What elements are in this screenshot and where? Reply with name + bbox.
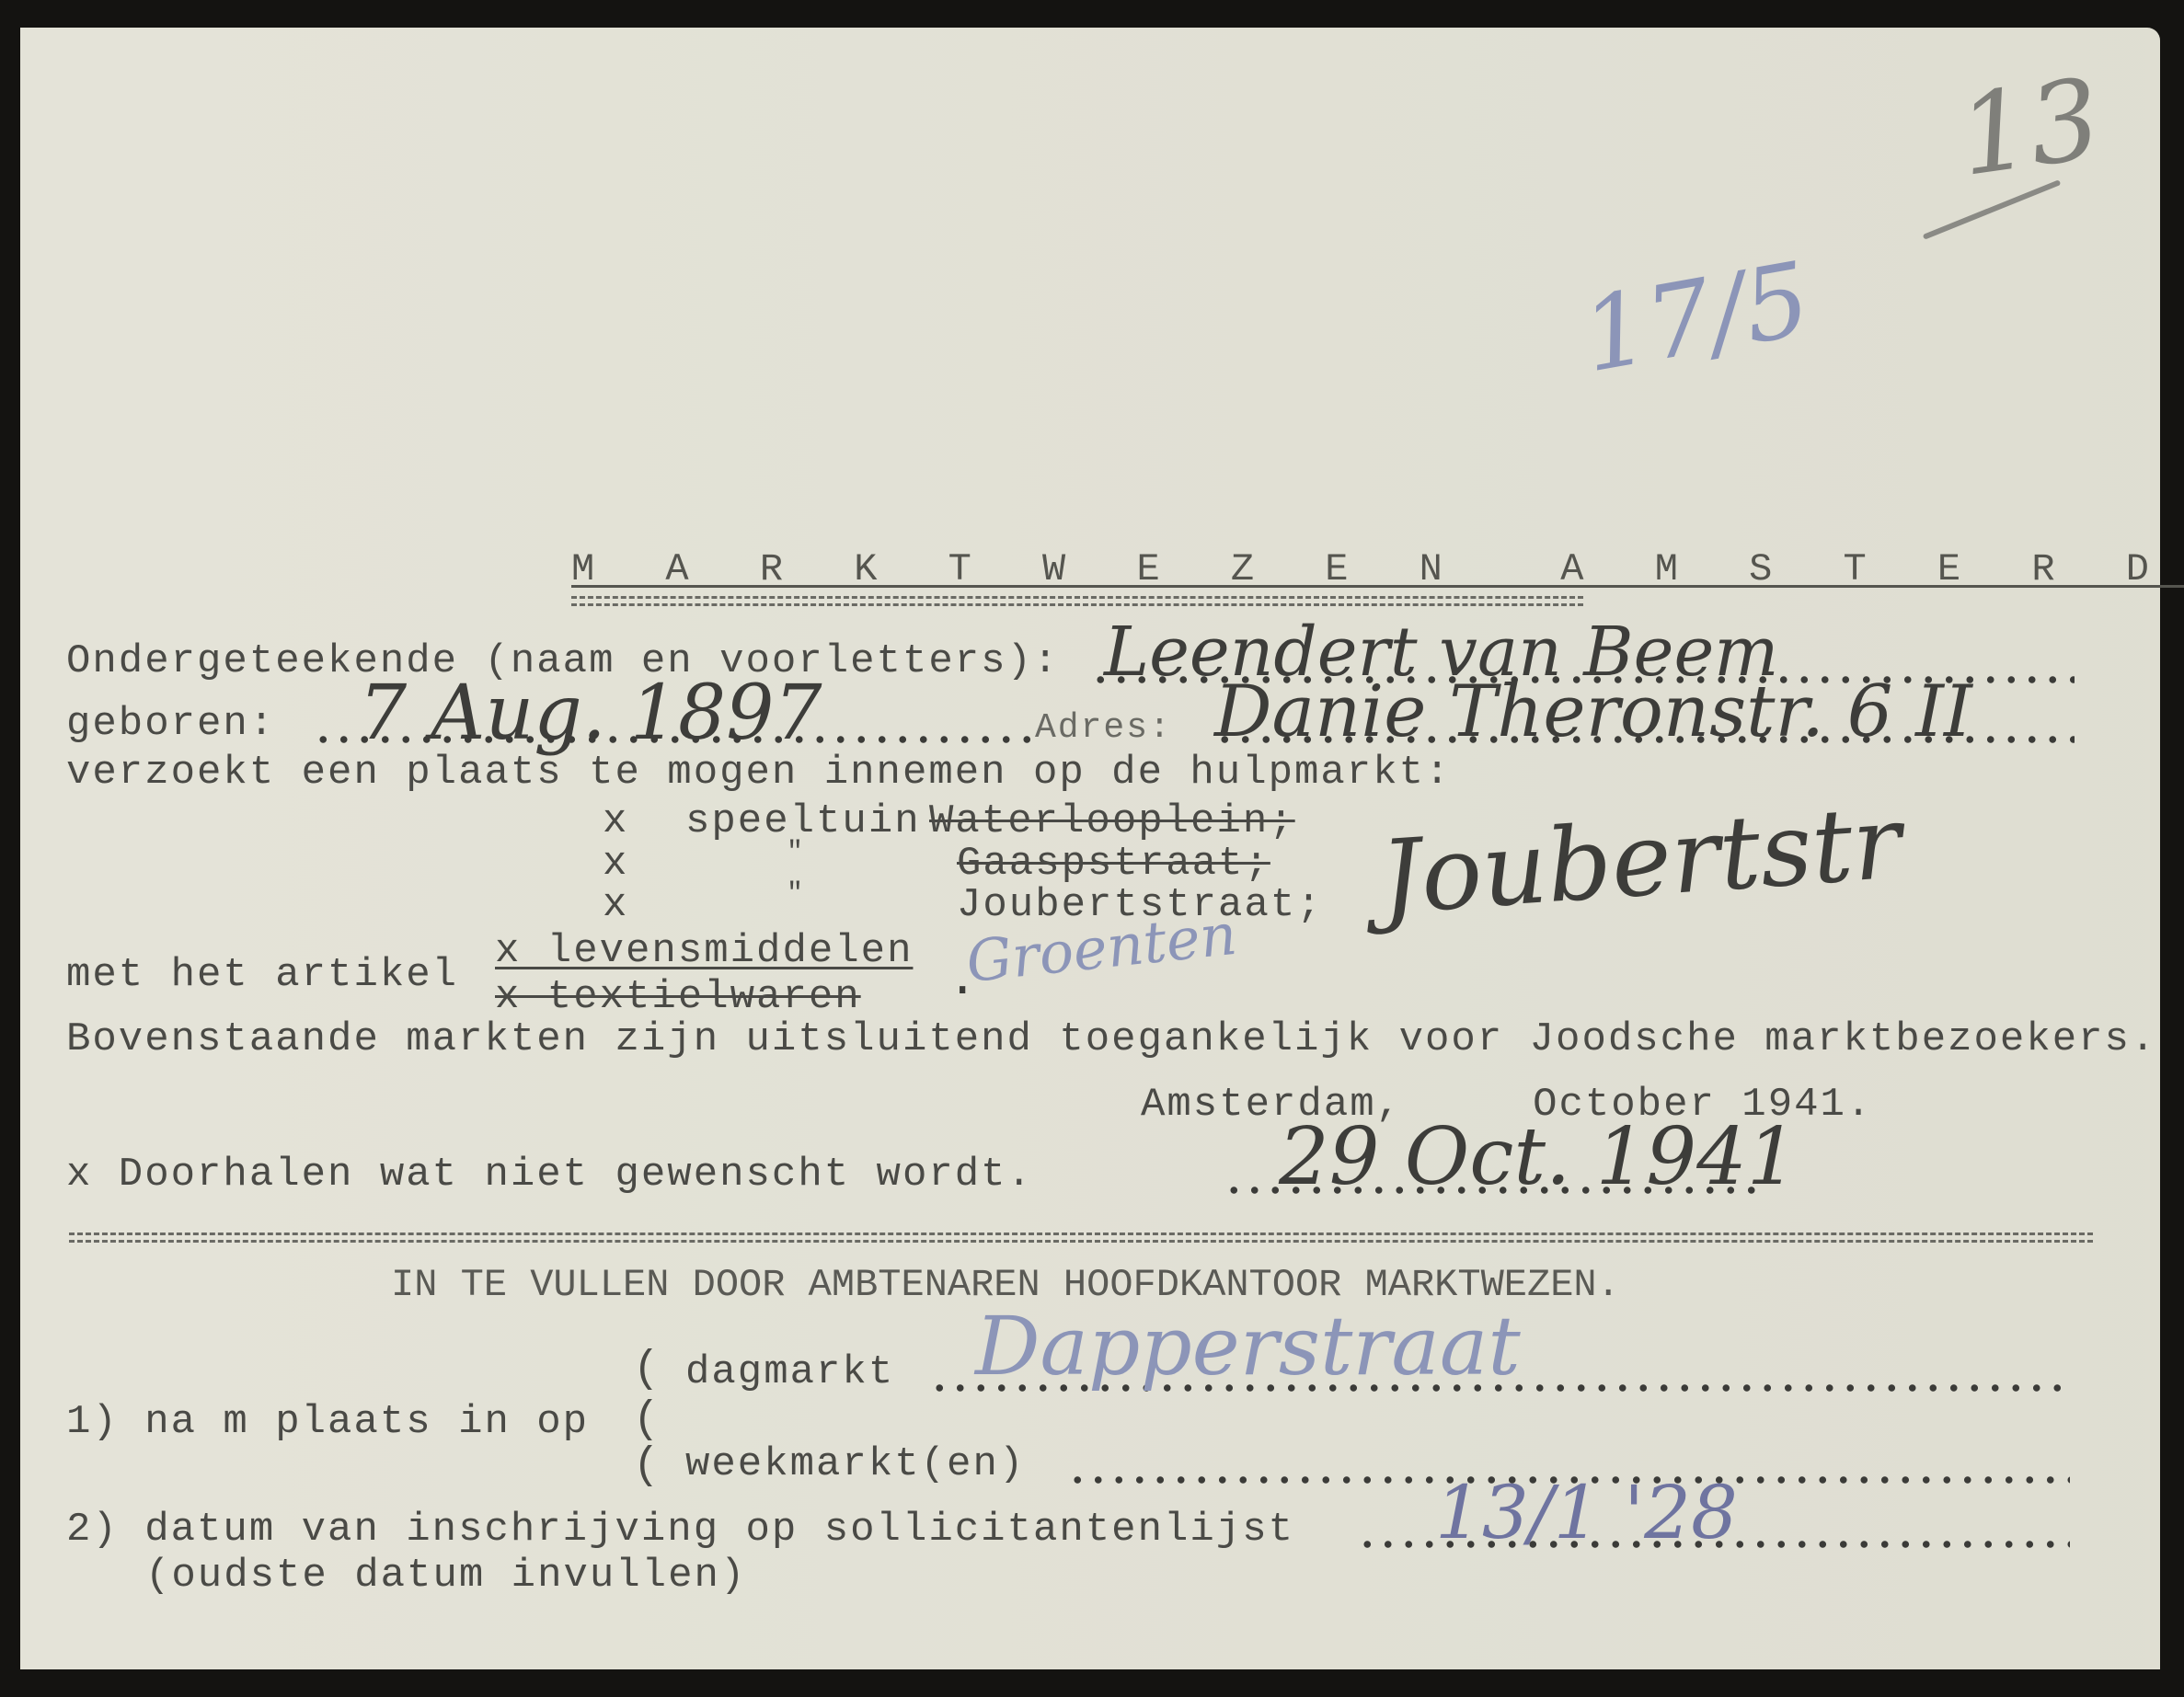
weekmarkt-label: weekmarkt(en) bbox=[685, 1444, 1025, 1485]
market-prefix-2: " bbox=[787, 839, 805, 866]
market-marker-1: x bbox=[603, 801, 628, 842]
address-field[interactable]: Danie Theronstr. 6 II bbox=[1214, 676, 1972, 748]
title-double-underline bbox=[571, 596, 1583, 599]
dagmarkt-label: dagmarkt bbox=[685, 1352, 894, 1393]
page-title: M A R K T W E Z E N A M S T E R D A M. bbox=[571, 550, 2184, 589]
brace-bottom: ( bbox=[633, 1444, 660, 1488]
address-label: Adres: bbox=[1035, 711, 1172, 746]
market-marker-3: x bbox=[603, 885, 628, 925]
request-text: verzoekt een plaats te mogen innemen op … bbox=[66, 752, 1451, 793]
strike-note: x Doorhalen wat niet gewenscht wordt. bbox=[66, 1154, 1033, 1195]
section-separator bbox=[69, 1233, 2093, 1235]
market-option-gaaspstraat[interactable]: Gaaspstraat; bbox=[957, 843, 1270, 884]
item2-note: (oudste datum invullen) bbox=[145, 1555, 746, 1596]
article-option-levensmiddelen[interactable]: x levensmiddelen bbox=[495, 931, 913, 971]
birth-field[interactable]: 7 Aug. 1897 bbox=[359, 676, 822, 751]
market-option-waterlooplein[interactable]: Waterlooplein; bbox=[929, 801, 1295, 842]
brace-top: ( bbox=[633, 1347, 660, 1392]
pencil-annotation: 13 bbox=[1952, 64, 2107, 193]
brace-middle: ( bbox=[633, 1398, 660, 1442]
dagmarkt-field[interactable]: Dapperstraat bbox=[975, 1306, 1521, 1387]
market-marker-2: x bbox=[603, 843, 628, 884]
birth-label: geboren: bbox=[66, 704, 275, 744]
item2-field[interactable]: 13/1 '28 bbox=[1435, 1476, 1738, 1550]
article-option-textielwaren[interactable]: x textielwaren bbox=[495, 977, 861, 1017]
item2-label: 2) datum van inschrijving op sollicitant… bbox=[66, 1509, 1294, 1550]
market-prefix-3: " bbox=[787, 880, 805, 908]
article-label: met het artikel bbox=[66, 955, 458, 995]
item1-label: 1) na m plaats in op bbox=[66, 1402, 589, 1442]
market-prefix-1: speeltuin bbox=[685, 801, 921, 842]
signed-date[interactable]: 29 Oct. 1941 bbox=[1279, 1118, 1798, 1197]
notice-text: Bovenstaande markten zijn uitsluitend to… bbox=[66, 1019, 2156, 1060]
